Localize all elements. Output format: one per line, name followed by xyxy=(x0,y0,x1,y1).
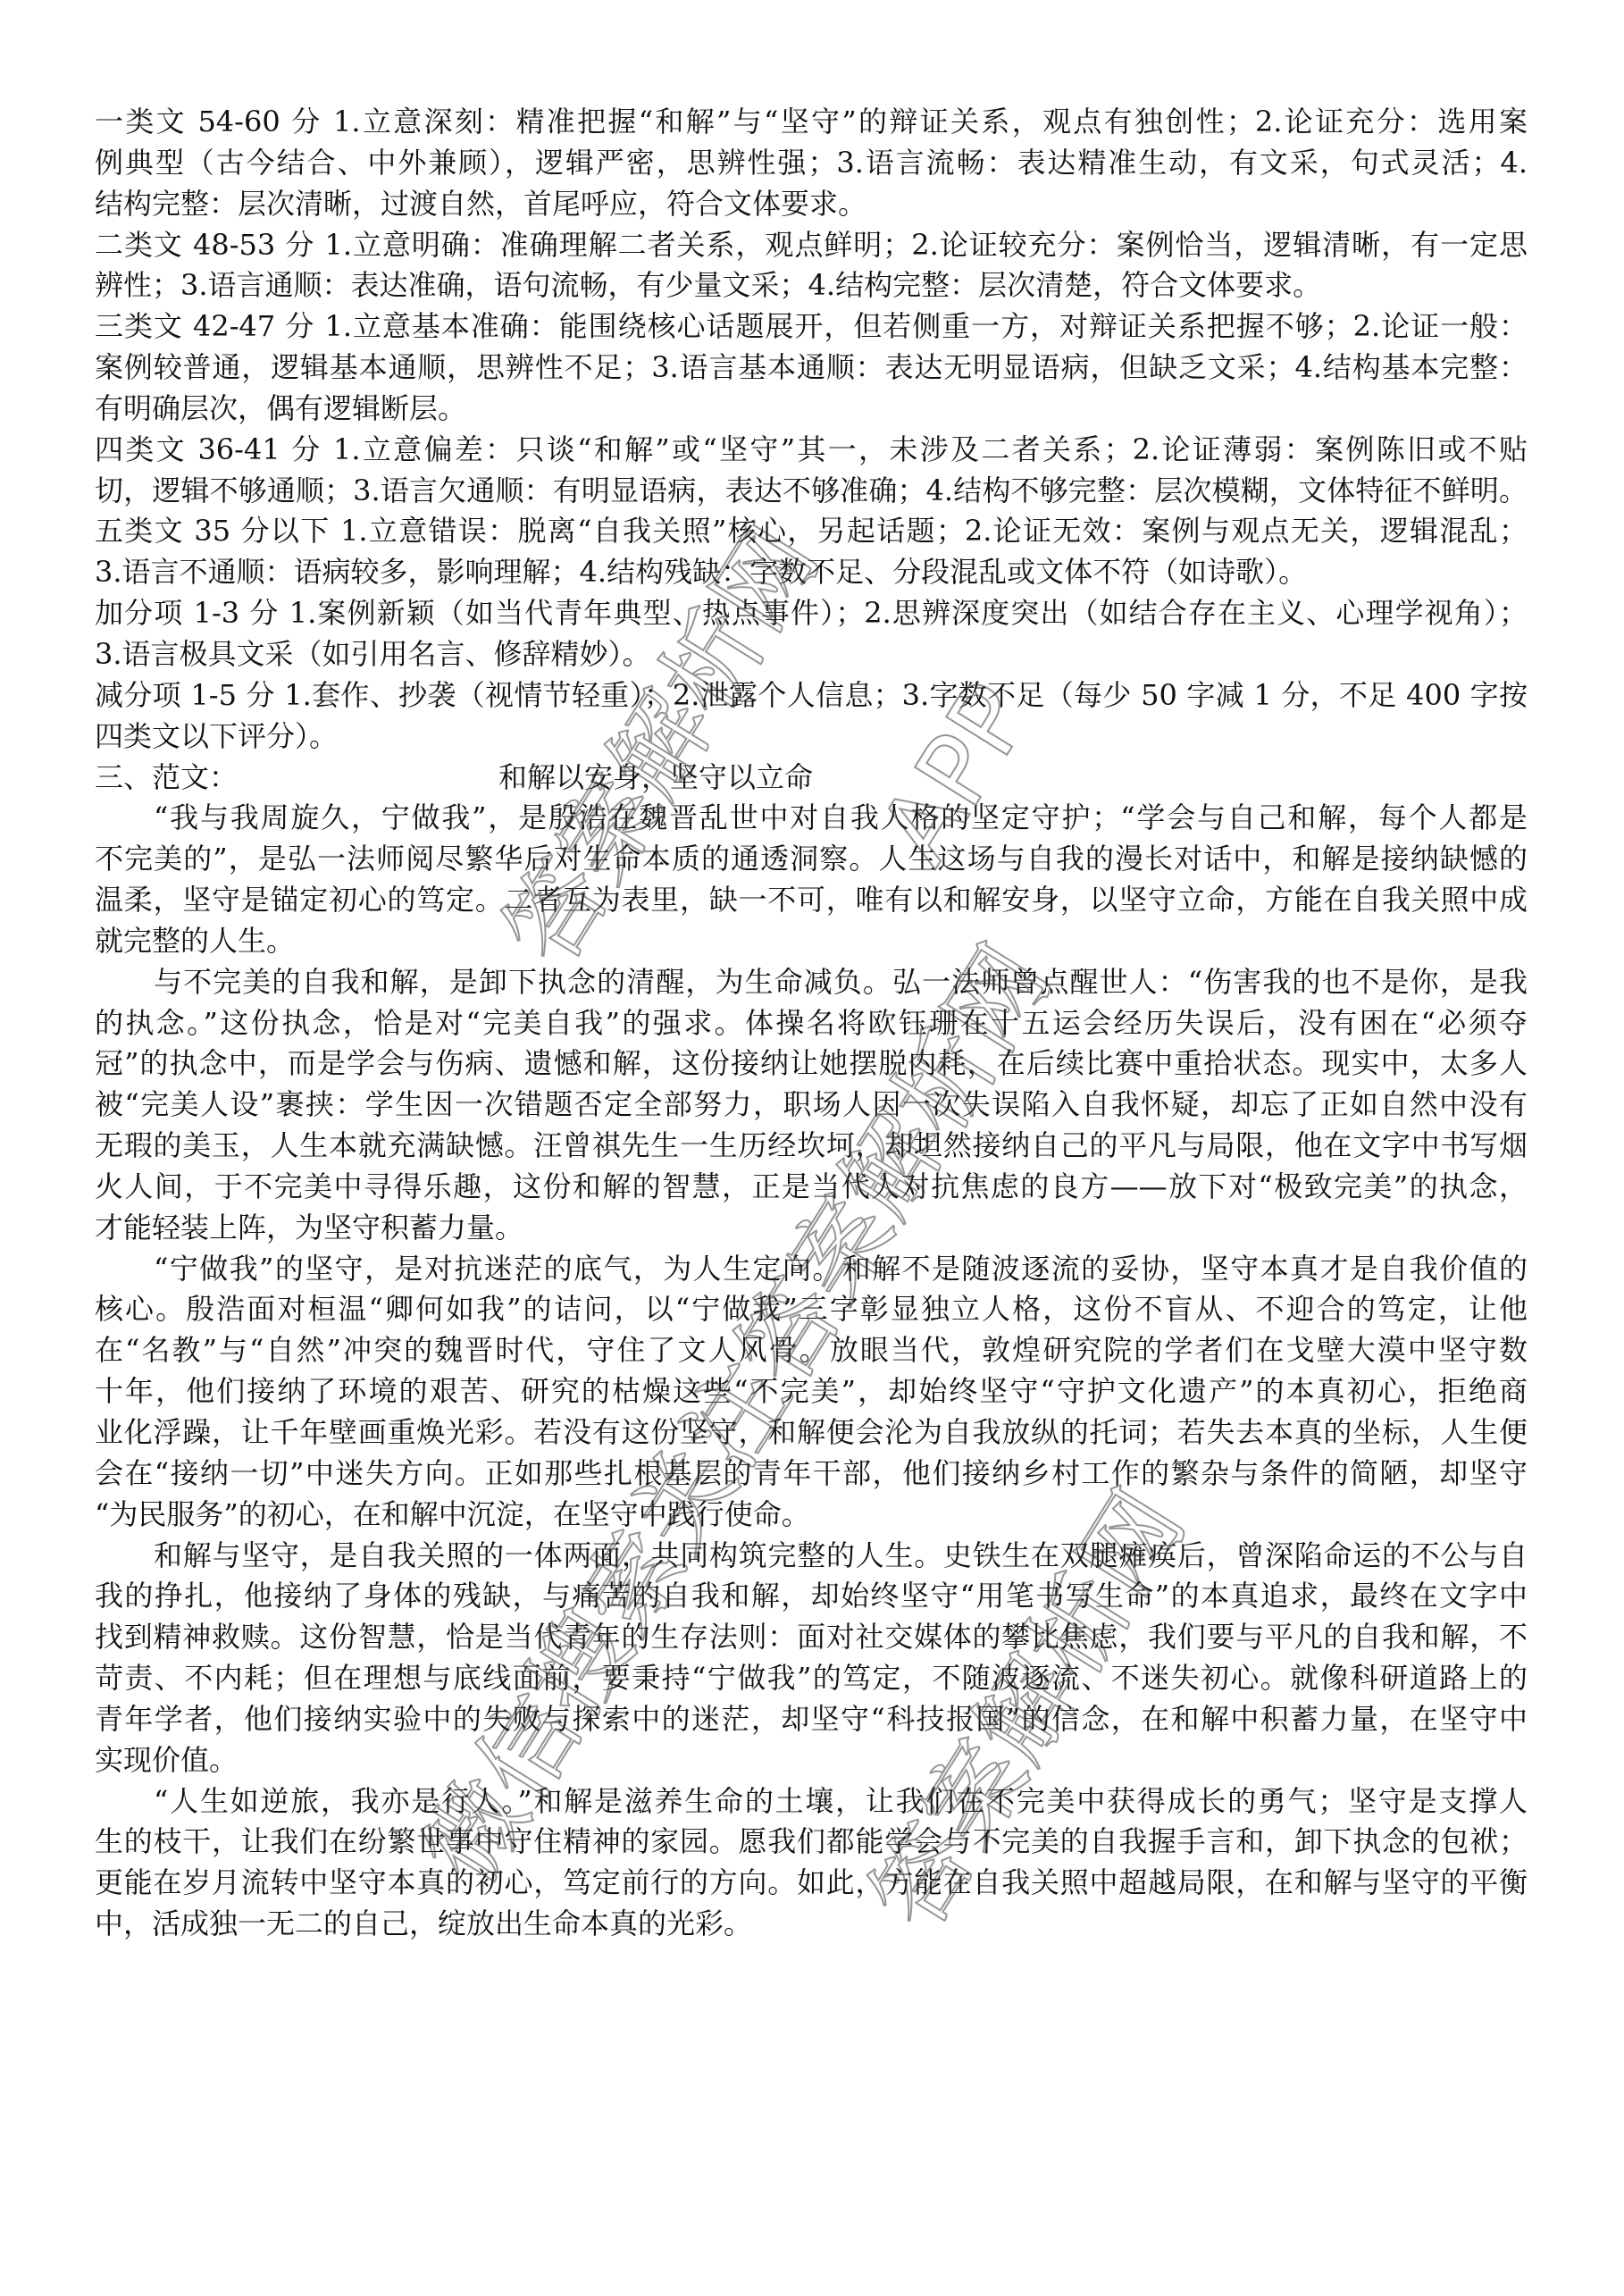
rubric-line: 四类文 36-41 分 1.立意偏差：只谈“和解”或“坚守”其一，未涉及二者关系… xyxy=(95,430,1528,471)
section-label: 三、范文： xyxy=(95,760,238,794)
rubric-line: 3.语言极具文采（如引用名言、修辞精妙）。 xyxy=(95,634,1528,675)
essay-line: 我的挣扎，他接纳了身体的残缺，与痛苦的自我和解，却始终坚守“用笔书写生命”的本真… xyxy=(95,1576,1528,1617)
rubric-line: 四类文以下评分）。 xyxy=(95,716,1528,758)
essay-line: 实现价值。 xyxy=(95,1740,1528,1781)
rubric-line: 结构完整：层次清晰，过渡自然，首尾呼应，符合文体要求。 xyxy=(95,184,1528,225)
essay-line: 冠”的执念中，而是学会与伤病、遗憾和解，这份接纳让她摆脱内耗，在后续比赛中重拾状… xyxy=(95,1043,1528,1085)
rubric-line: 二类文 48-53 分 1.立意明确：准确理解二者关系，观点鲜明；2.论证较充分… xyxy=(95,225,1528,266)
essay-line: 核心。殷浩面对桓温“卿何如我”的诘问，以“宁做我”三字彰显独立人格，这份不盲从、… xyxy=(95,1289,1528,1330)
essay-line: 会在“接纳一切”中迷失方向。正如那些扎根基层的青年干部，他们接纳乡村工作的繁杂与… xyxy=(95,1454,1528,1495)
rubric-line: 加分项 1-3 分 1.案例新颖（如当代青年典型、热点事件）；2.思辨深度突出（… xyxy=(95,593,1528,634)
essay-line: 找到精神救赎。这份智慧，恰是当代青年的生存法则：面对社交媒体的攀比焦虑，我们要与… xyxy=(95,1617,1528,1658)
essay-line: “人生如逆旅，我亦是行人。”和解是滋养生命的土壤，让我们在不完美中获得成长的勇气… xyxy=(95,1781,1528,1823)
essay-line: 业化浮躁，让千年壁画重焕光彩。若没有这份坚守，和解便会沦为自我放纵的托词；若失去… xyxy=(95,1412,1528,1454)
essay-paragraph: “我与我周旋久，宁做我”，是殷浩在魏晋乱世中对自我人格的坚定守护；“学会与自己和… xyxy=(95,798,1528,961)
essay-line: “为民服务”的初心，在和解中沉淀，在坚守中践行使命。 xyxy=(95,1495,1528,1536)
rubric-line: 五类文 35 分以下 1.立意错误：脱离“自我关照”核心，另起话题；2.论证无效… xyxy=(95,511,1528,552)
essay-line: 火人间，于不完美中寻得乐趣，这份和解的智慧，正是当代人对抗焦虑的良方——放下对“… xyxy=(95,1167,1528,1208)
essay-line: 苛责、不内耗；但在理想与底线面前，要秉持“宁做我”的笃定，不随波逐流、不迷失初心… xyxy=(95,1658,1528,1699)
essay-line: 温柔，坚守是锚定初心的笃定。二者互为表里，缺一不可，唯有以和解安身，以坚守立命，… xyxy=(95,880,1528,921)
essay-line: 与不完美的自我和解，是卸下执念的清醒，为生命减负。弘一法师曾点醒世人：“伤害我的… xyxy=(95,962,1528,1003)
essay-line: “我与我周旋久，宁做我”，是殷浩在魏晋乱世中对自我人格的坚定守护；“学会与自己和… xyxy=(95,798,1528,839)
essay-paragraph: 和解与坚守，是自我关照的一体两面，共同构筑完整的人生。史铁生在双腿瘫痪后，曾深陷… xyxy=(95,1536,1528,1781)
grading-rubric: 一类文 54-60 分 1.立意深刻：精准把握“和解”与“坚守”的辩证关系，观点… xyxy=(95,102,1528,758)
rubric-line: 辨性；3.语言通顺：表达准确，语句流畅，有少量文采；4.结构完整：层次清楚，符合… xyxy=(95,265,1528,306)
essay-line: 不完美的”，是弘一法师阅尽繁华后对生命本质的通透洞察。人生这场与自我的漫长对话中… xyxy=(95,839,1528,880)
rubric-line: 切，逻辑不够通顺；3.语言欠通顺：有明显语病，表达不够准确；4.结构不够完整：层… xyxy=(95,471,1528,512)
rubric-line: 案例较普通，逻辑基本通顺，思辨性不足；3.语言基本通顺：表达无明显语病，但缺乏文… xyxy=(95,348,1528,389)
essay-paragraph: “人生如逆旅，我亦是行人。”和解是滋养生命的土壤，让我们在不完美中获得成长的勇气… xyxy=(95,1781,1528,1945)
rubric-line: 例典型（古今结合、中外兼顾），逻辑严密，思辨性强；3.语言流畅：表达精准生动，有… xyxy=(95,143,1528,184)
essay-line: 被“完美人设”裹挟：学生因一次错题否定全部努力，职场人因一次失误陷入自我怀疑，却… xyxy=(95,1085,1528,1126)
essay-title: 和解以安身，坚守以立命 xyxy=(498,758,813,799)
rubric-line: 三类文 42-47 分 1.立意基本准确：能围绕核心话题展开，但若侧重一方，对辩… xyxy=(95,306,1528,348)
model-essay: “我与我周旋久，宁做我”，是殷浩在魏晋乱世中对自我人格的坚定守护；“学会与自己和… xyxy=(95,798,1528,1945)
document-page: 一类文 54-60 分 1.立意深刻：精准把握“和解”与“坚守”的辩证关系，观点… xyxy=(95,102,1528,1945)
rubric-line: 有明确层次，偶有逻辑断层。 xyxy=(95,389,1528,430)
essay-line: 更能在岁月流转中坚守本真的初心，笃定前行的方向。如此，方能在自我关照中超越局限，… xyxy=(95,1863,1528,1904)
essay-line: 十年，他们接纳了环境的艰苦、研究的枯燥这些“不完美”，却始终坚守“守护文化遗产”… xyxy=(95,1371,1528,1412)
rubric-line: 一类文 54-60 分 1.立意深刻：精准把握“和解”与“坚守”的辩证关系，观点… xyxy=(95,102,1528,143)
essay-line: 青年学者，他们接纳实验中的失败与探索中的迷茫，却坚守“科技报国”的信念，在和解中… xyxy=(95,1699,1528,1740)
essay-line: 和解与坚守，是自我关照的一体两面，共同构筑完整的人生。史铁生在双腿瘫痪后，曾深陷… xyxy=(95,1536,1528,1577)
essay-heading-row: 三、范文： 和解以安身，坚守以立命 xyxy=(95,758,1528,799)
essay-line: 无瑕的美玉，人生本就充满缺憾。汪曾祺先生一生历经坎坷，却坦然接纳自己的平凡与局限… xyxy=(95,1126,1528,1167)
essay-line: 才能轻装上阵，为坚守积蓄力量。 xyxy=(95,1208,1528,1249)
essay-line: 在“名教”与“自然”冲突的魏晋时代，守住了文人风骨。放眼当代，敦煌研究院的学者们… xyxy=(95,1330,1528,1371)
essay-line: 就完整的人生。 xyxy=(95,921,1528,962)
essay-line: 生的枝干，让我们在纷繁世事中守住精神的家园。愿我们都能学会与不完美的自我握手言和… xyxy=(95,1822,1528,1863)
rubric-line: 减分项 1-5 分 1.套作、抄袭（视情节轻重）；2.泄露个人信息；3.字数不足… xyxy=(95,675,1528,716)
rubric-line: 3.语言不通顺：语病较多，影响理解；4.结构残缺：字数不足、分段混乱或文体不符（… xyxy=(95,552,1528,593)
essay-line: 的执念。”这份执念，恰是对“完美自我”的强求。体操名将欧钰珊在十五运会经历失误后… xyxy=(95,1003,1528,1044)
essay-line: 中，活成独一无二的自己，绽放出生命本真的光彩。 xyxy=(95,1904,1528,1945)
essay-paragraph: “宁做我”的坚守，是对抗迷茫的底气，为人生定向。和解不是随波逐流的妥协，坚守本真… xyxy=(95,1249,1528,1536)
essay-line: “宁做我”的坚守，是对抗迷茫的底气，为人生定向。和解不是随波逐流的妥协，坚守本真… xyxy=(95,1249,1528,1290)
essay-paragraph: 与不完美的自我和解，是卸下执念的清醒，为生命减负。弘一法师曾点醒世人：“伤害我的… xyxy=(95,962,1528,1249)
